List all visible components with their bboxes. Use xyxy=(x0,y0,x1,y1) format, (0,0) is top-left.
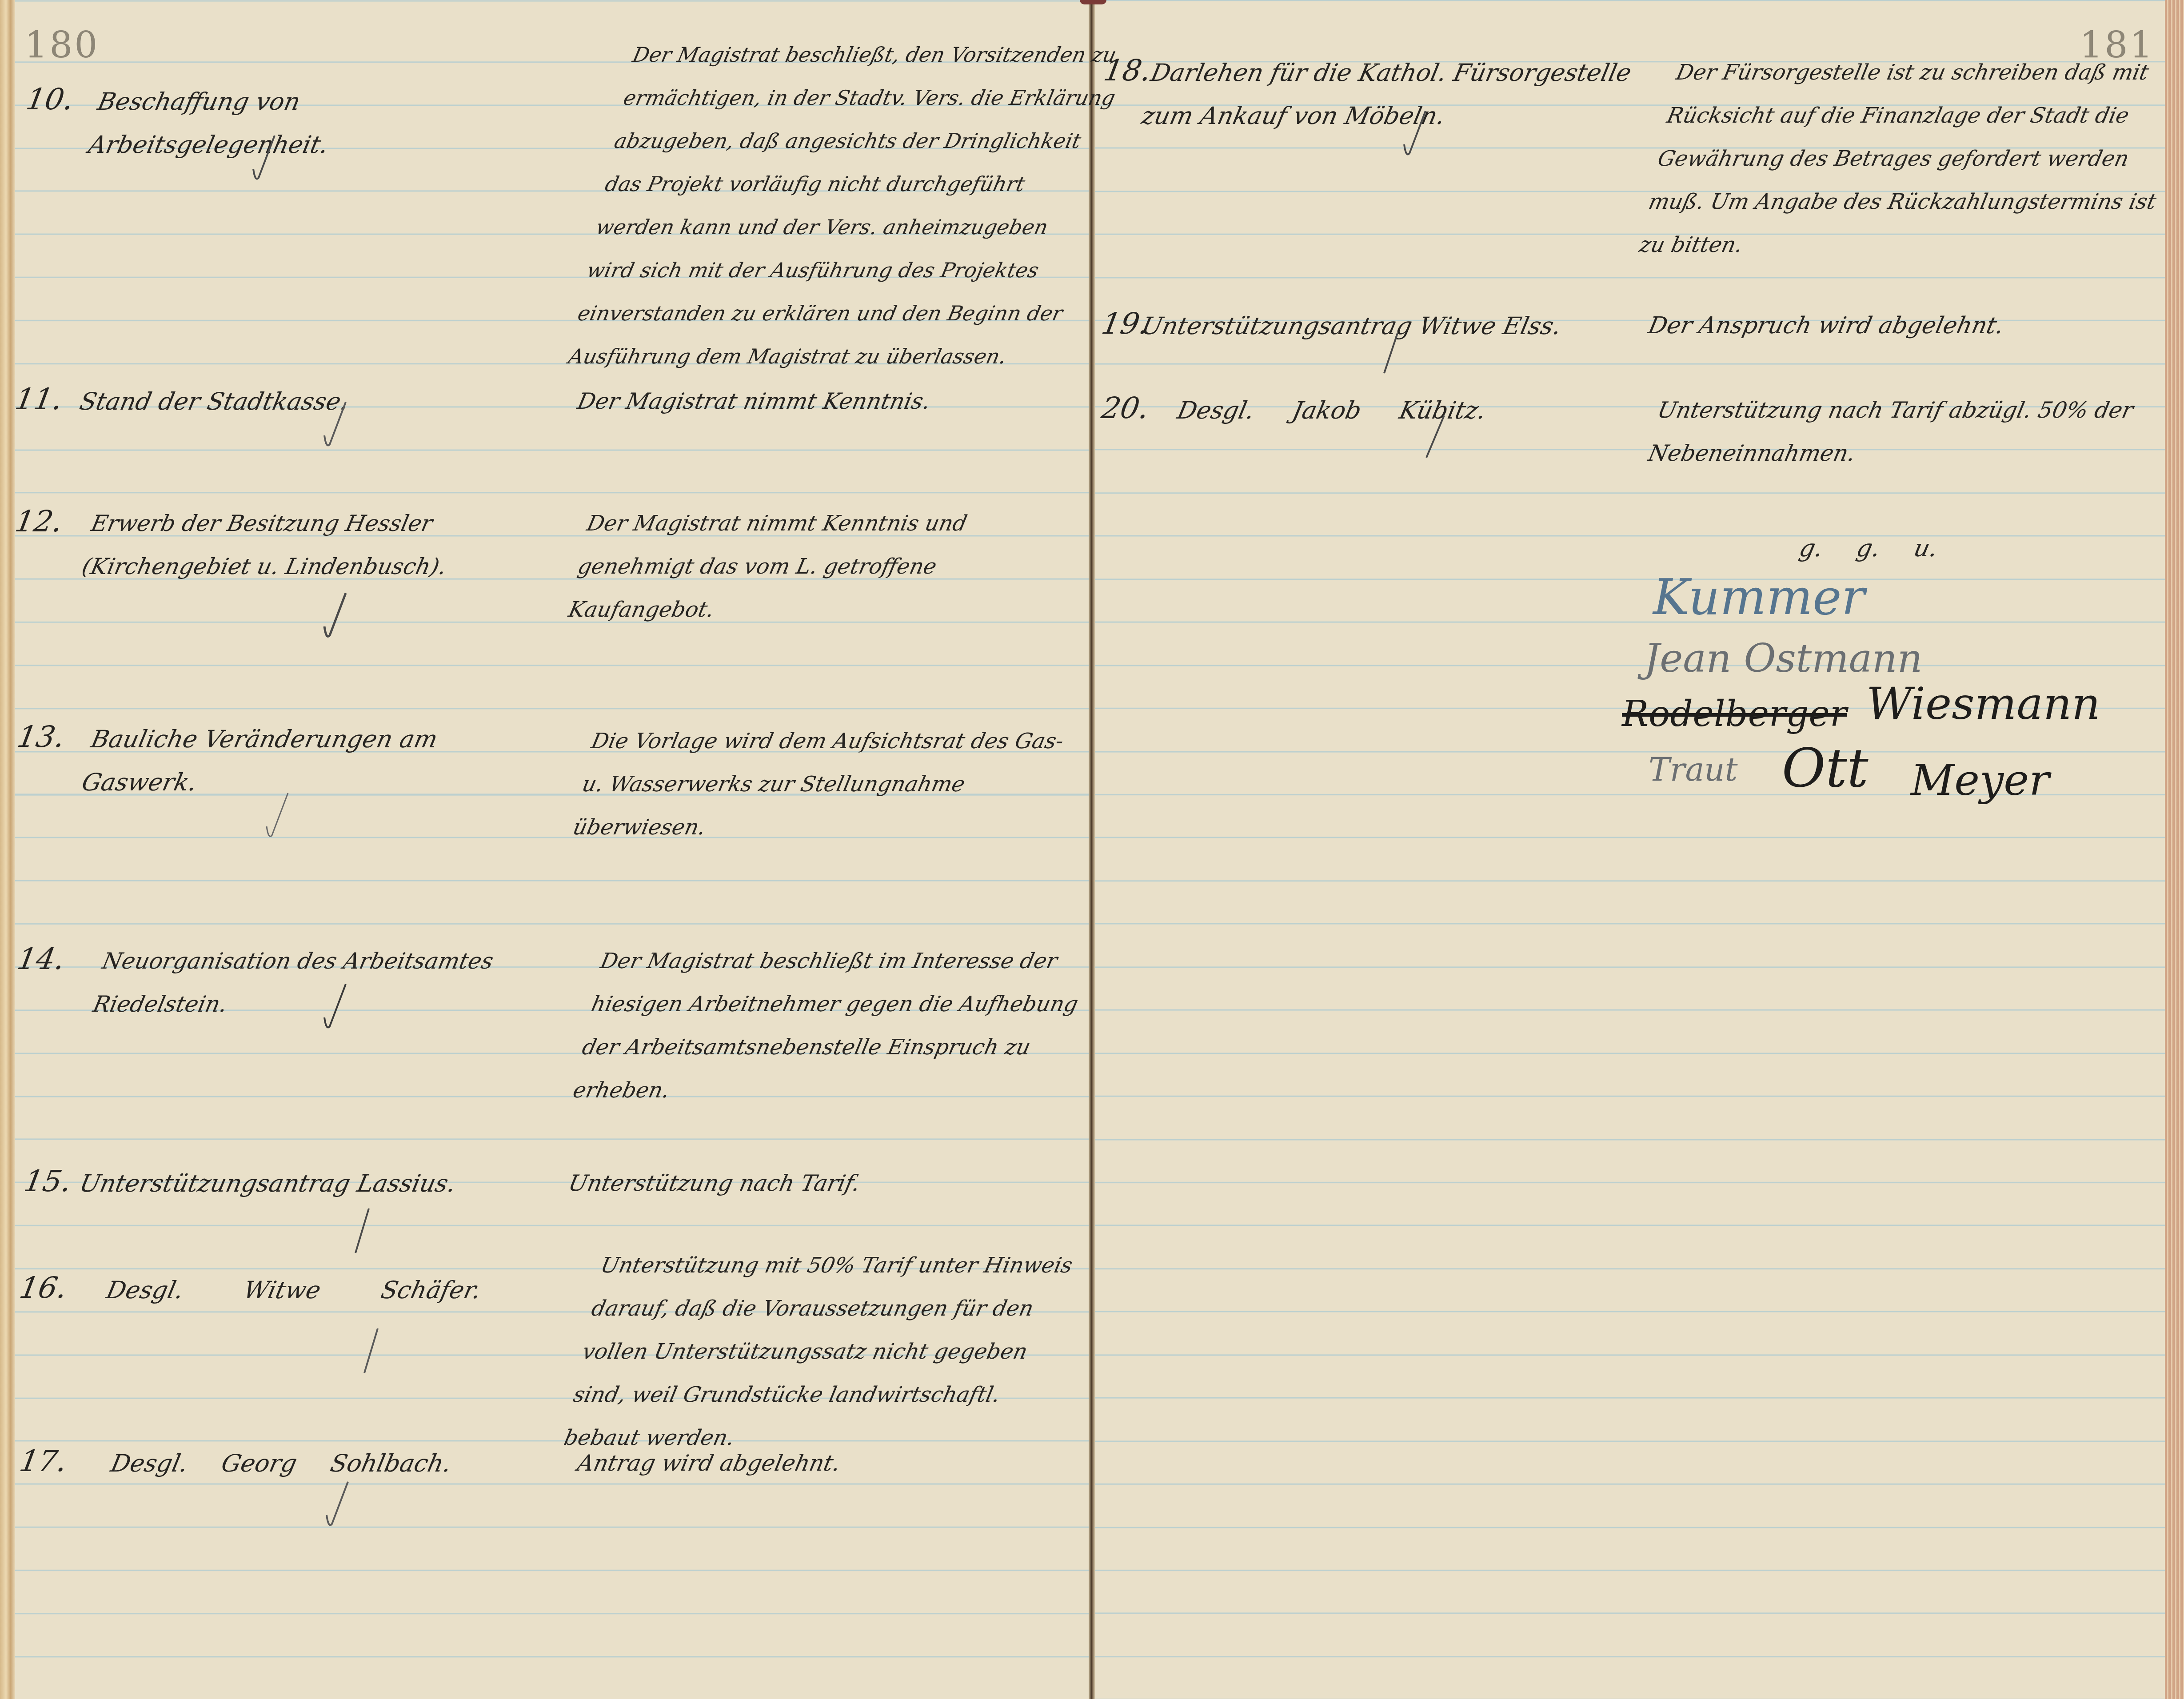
entry-subject: Desgl. Georg Sohlbach. xyxy=(107,1442,560,1485)
check-mark-icon xyxy=(320,591,347,640)
entry-subject: Beschaffung von Arbeitsgelegenheit. xyxy=(84,80,503,166)
check-mark-icon xyxy=(249,133,275,182)
entry-subject: Desgl. Jakob Kübitz. xyxy=(1173,389,1627,432)
entry-decision: Antrag wird abgelehnt. xyxy=(573,1442,1071,1485)
left-page-edge xyxy=(0,0,15,1699)
entry-decision: Der Anspruch wird abgelehnt. xyxy=(1644,304,2142,347)
entry-number: 16. xyxy=(17,1271,70,1305)
entry-number: 20. xyxy=(1099,391,1152,425)
check-mark-icon xyxy=(320,400,347,449)
entry-subject: Stand der Stadtkasse. xyxy=(76,380,485,423)
entry-decision: Der Magistrat beschließt, den Vorsitzend… xyxy=(564,33,1135,378)
signature: Ott xyxy=(1782,738,1869,799)
signature: Jean Ostmann xyxy=(1644,635,1922,681)
entry-decision: Unterstützung nach Tarif abzügl. 50% der… xyxy=(1644,389,2164,475)
right-page-stack-edge xyxy=(2165,0,2184,1699)
signature: Traut xyxy=(1649,751,1738,788)
signature: Meyer xyxy=(1911,755,2049,805)
entry-number: 15. xyxy=(21,1164,74,1198)
closing-formula: g. g. u. xyxy=(1795,526,1942,570)
entry-decision: Der Magistrat nimmt Kenntnis. xyxy=(573,380,1080,423)
signature: Rodelberger xyxy=(1622,693,1847,734)
open-ledger-book: 180 181 10. Beschaffung von Arbeitsgeleg… xyxy=(0,0,2184,1699)
page-number-left: 180 xyxy=(24,24,100,67)
entry-number: 11. xyxy=(12,382,65,416)
entry-subject: Desgl. Witwe Schäfer. xyxy=(102,1268,556,1312)
entry-decision: Unterstützung nach Tarif. xyxy=(564,1162,1062,1205)
check-mark-icon xyxy=(351,1208,378,1257)
entry-number: 13. xyxy=(15,720,68,754)
entry-number: 18. xyxy=(1101,53,1154,88)
entry-subject: Unterstützungsantrag Lassius. xyxy=(76,1162,574,1205)
check-mark-icon xyxy=(1422,413,1449,462)
binding-top xyxy=(1080,0,1106,4)
entry-subject: Erwerb der Besitzung Hessler (Kirchengeb… xyxy=(78,502,585,588)
check-mark-icon xyxy=(1377,329,1404,378)
entry-decision: Unterstützung mit 50% Tarif unter Hinwei… xyxy=(560,1244,1108,1460)
signature: Kummer xyxy=(1653,569,1865,626)
entry-subject: Darlehen für die Kathol. Fürsorgestelle … xyxy=(1138,51,1636,137)
check-mark-icon xyxy=(1400,109,1426,158)
entry-decision: Die Vorlage wird dem Aufsichtsrat des Ga… xyxy=(569,720,1085,849)
check-mark-icon xyxy=(322,1480,349,1528)
entry-subject: Bauliche Veränderungen am Gaswerk. xyxy=(78,718,540,804)
entry-number: 12. xyxy=(12,504,65,538)
entry-decision: Der Fürsorgestelle ist zu schreiben daß … xyxy=(1635,51,2184,267)
entry-number: 10. xyxy=(24,82,76,116)
check-mark-icon xyxy=(360,1328,387,1377)
entry-number: 14. xyxy=(15,942,68,976)
signature: Wiesmann xyxy=(1866,678,2100,730)
entry-decision: Der Magistrat nimmt Kenntnis und genehmi… xyxy=(564,502,1081,631)
entry-number: 17. xyxy=(17,1444,70,1478)
book-gutter xyxy=(1089,0,1095,1699)
entry-decision: Der Magistrat beschließt im Interesse de… xyxy=(569,940,1094,1112)
check-mark-icon xyxy=(262,791,289,840)
check-mark-icon xyxy=(320,982,347,1031)
